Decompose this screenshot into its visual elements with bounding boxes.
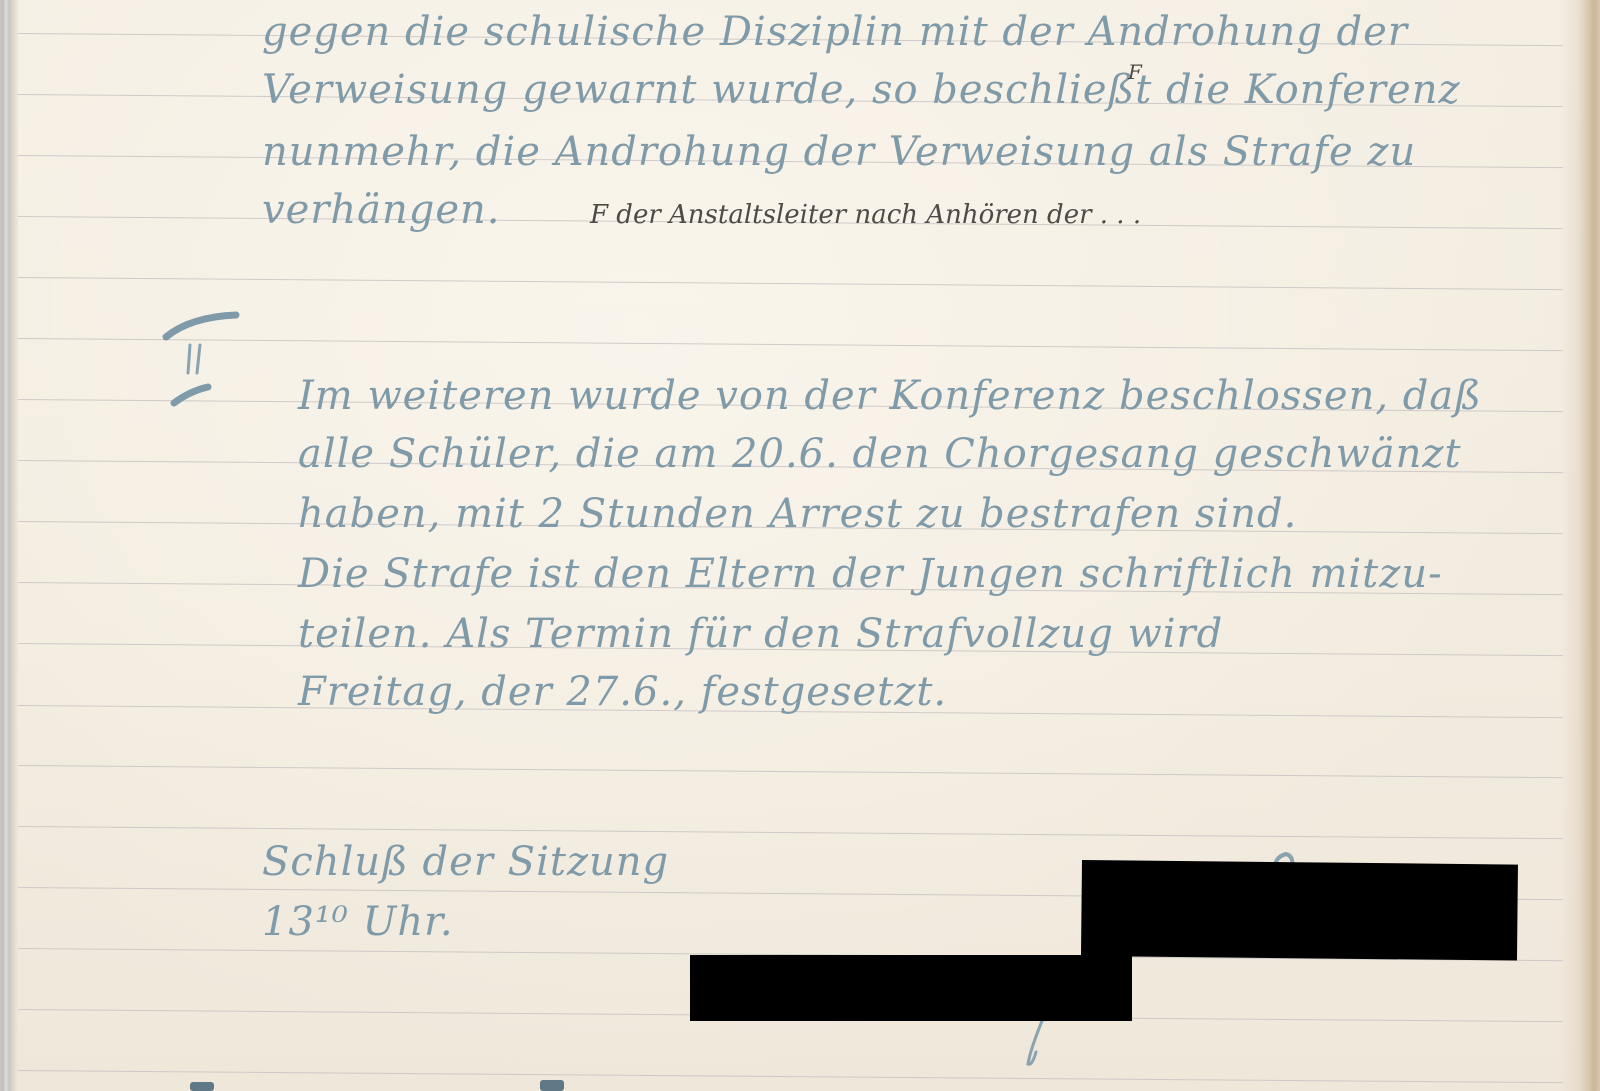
closing-line: Schluß der Sitzung xyxy=(262,838,669,886)
handwritten-line: verhängen. xyxy=(262,186,501,234)
insertion-mark: F xyxy=(1128,60,1142,84)
handwritten-line: gegen die schulische Disziplin mit der A… xyxy=(262,8,1408,56)
redaction-box-right xyxy=(1081,860,1518,961)
handwritten-line: alle Schüler, die am 20.6. den Chorgesan… xyxy=(298,430,1462,478)
handwritten-line: Die Strafe ist den Eltern der Jungen sch… xyxy=(298,550,1443,598)
handwritten-line: haben, mit 2 Stunden Arrest zu bestrafen… xyxy=(298,490,1297,538)
handwritten-line: teilen. Als Termin für den Strafvollzug … xyxy=(298,610,1223,658)
page-binding-edge xyxy=(0,0,18,1091)
handwritten-line: nunmehr, die Androhung der Verweisung al… xyxy=(262,128,1416,176)
closing-time: 13¹⁰ Uhr. xyxy=(262,898,454,946)
ruled-line xyxy=(18,277,1563,290)
handwritten-line: Verweisung gewarnt wurde, so beschließt … xyxy=(262,66,1461,114)
footnote-insertion: F der Anstaltsleiter nach Anhören der . … xyxy=(590,200,1141,230)
roman-numeral-two xyxy=(160,305,240,415)
handwritten-line: Freitag, der 27.6., festgesetzt. xyxy=(298,668,947,716)
handwritten-line: Im weiteren wurde von der Konferenz besc… xyxy=(298,372,1482,420)
notebook-page: gegen die schulische Disziplin mit der A… xyxy=(0,0,1600,1091)
page-right-edge xyxy=(1560,0,1600,1091)
ruled-line xyxy=(18,338,1563,351)
ruled-line xyxy=(18,826,1563,839)
ruled-line xyxy=(18,1070,1563,1083)
ruled-line xyxy=(18,765,1563,778)
partial-ink-stroke xyxy=(190,1082,214,1091)
partial-ink-stroke xyxy=(540,1080,564,1091)
redaction-box-center xyxy=(690,955,1132,1021)
